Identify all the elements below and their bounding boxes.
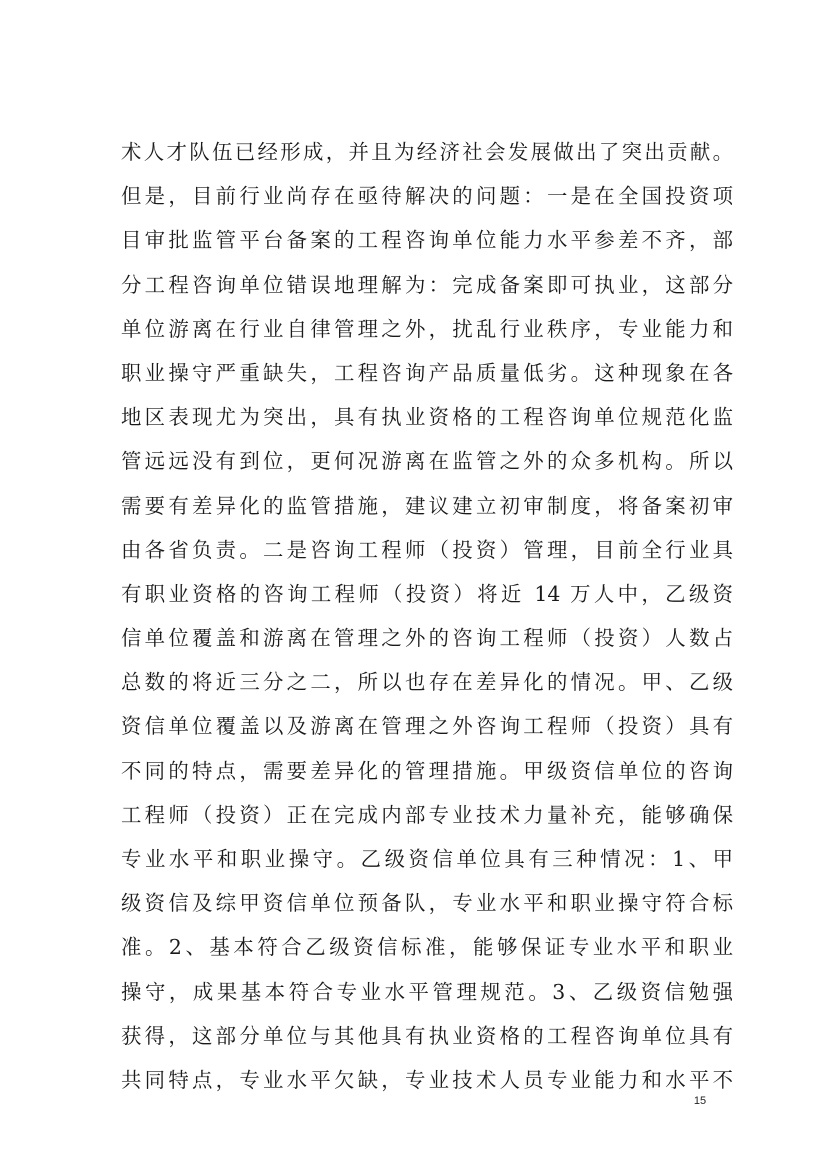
text-line: 资信单位覆盖以及游离在管理之外咨询工程师（投资）具有 — [121, 704, 733, 748]
text-line: 准。2、基本符合乙级资信标准，能够保证专业水平和职业 — [121, 925, 733, 969]
text-line: 级资信及综甲资信单位预备队，专业水平和职业操守符合标 — [121, 881, 733, 925]
text-line: 目审批监管平台备案的工程咨询单位能力水平参差不齐，部 — [121, 218, 733, 262]
page-number: 15 — [688, 1095, 712, 1107]
text-line: 单位游离在行业自律管理之外，扰乱行业秩序，专业能力和 — [121, 307, 733, 351]
text-line: 获得，这部分单位与其他具有执业资格的工程咨询单位具有 — [121, 1014, 733, 1058]
text-line: 操守，成果基本符合专业水平管理规范。3、乙级资信勉强 — [121, 970, 733, 1014]
text-line: 有职业资格的咨询工程师（投资）将近 14 万人中，乙级资 — [121, 572, 733, 616]
text-line: 工程师（投资）正在完成内部专业技术力量补充，能够确保 — [121, 793, 733, 837]
text-line: 共同特点，专业水平欠缺，专业技术人员专业能力和水平不 — [121, 1058, 733, 1102]
text-line: 但是，目前行业尚存在亟待解决的问题：一是在全国投资项 — [121, 174, 733, 218]
document-page: 术人才队伍已经形成，并且为经济社会发展做出了突出贡献。 但是，目前行业尚存在亟待… — [0, 0, 830, 1173]
text-line: 管远远没有到位，更何况游离在监管之外的众多机构。所以 — [121, 439, 733, 483]
text-line: 术人才队伍已经形成，并且为经济社会发展做出了突出贡献。 — [121, 130, 733, 174]
text-line: 总数的将近三分之二，所以也存在差异化的情况。甲、乙级 — [121, 660, 733, 704]
text-line: 分工程咨询单位错误地理解为：完成备案即可执业，这部分 — [121, 263, 733, 307]
text-line: 需要有差异化的监管措施，建议建立初审制度，将备案初审 — [121, 484, 733, 528]
text-line: 不同的特点，需要差异化的管理措施。甲级资信单位的咨询 — [121, 749, 733, 793]
text-line: 地区表现尤为突出，具有执业资格的工程咨询单位规范化监 — [121, 395, 733, 439]
text-line: 专业水平和职业操守。乙级资信单位具有三种情况：1、甲 — [121, 837, 733, 881]
text-line: 信单位覆盖和游离在管理之外的咨询工程师（投资）人数占 — [121, 616, 733, 660]
text-line: 由各省负责。二是咨询工程师（投资）管理，目前全行业具 — [121, 528, 733, 572]
body-paragraph: 术人才队伍已经形成，并且为经济社会发展做出了突出贡献。 但是，目前行业尚存在亟待… — [121, 130, 733, 1102]
text-line: 职业操守严重缺失，工程咨询产品质量低劣。这种现象在各 — [121, 351, 733, 395]
